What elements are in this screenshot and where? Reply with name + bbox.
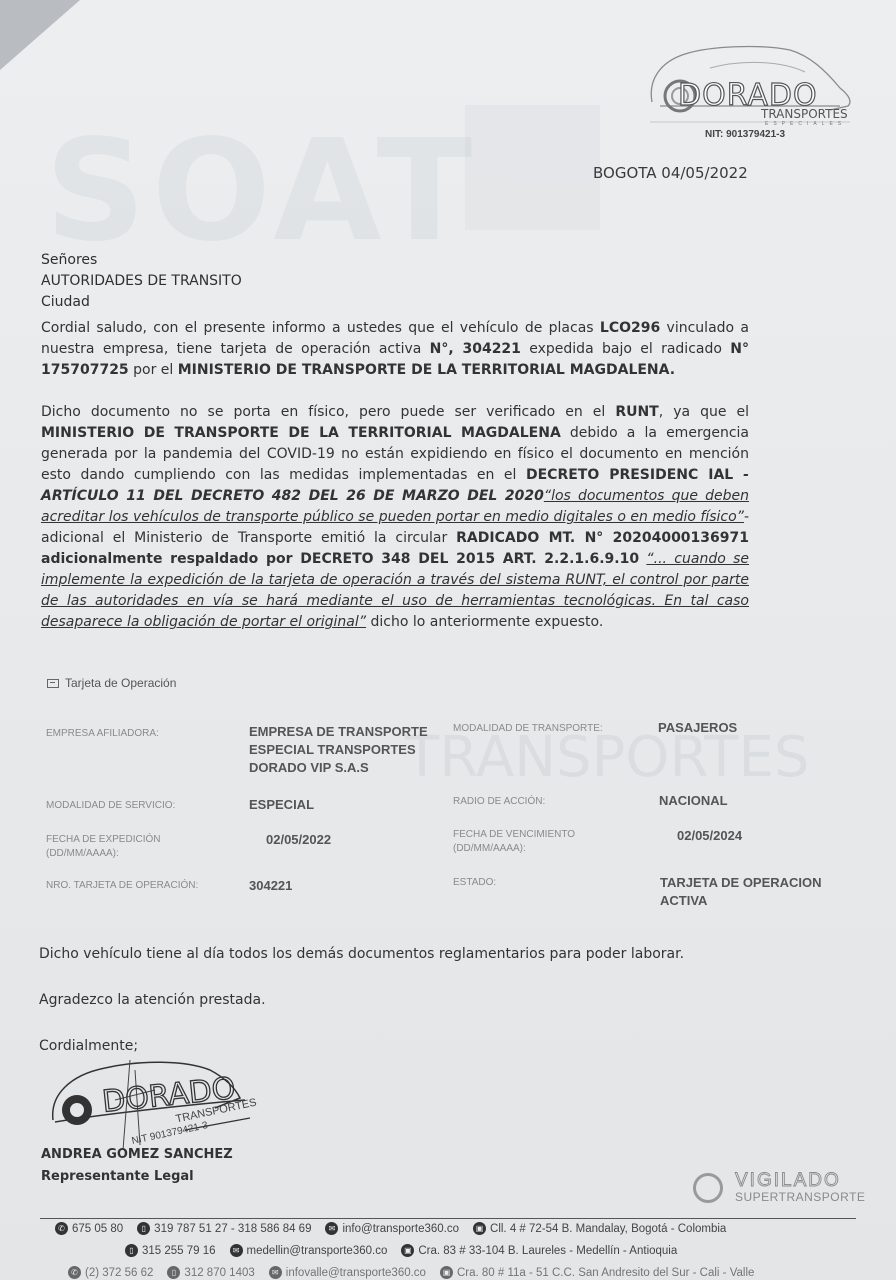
footer-contact-text: 312 870 1403	[184, 1267, 254, 1279]
text-run: , ya que el	[659, 404, 749, 420]
value-estado: TARJETA DE OPERACION ACTIVA	[660, 874, 822, 910]
signatory-name: ANDREA GOMEZ SANCHEZ	[41, 1147, 233, 1162]
value-line: DORADO VIP S.A.S	[249, 759, 428, 777]
emphasis-text: MINISTERIO DE TRANSPORTE DE LA TERRITORI…	[178, 362, 675, 378]
footer-contact-text: 675 05 80	[72, 1223, 123, 1235]
logo-subtitle: TRANSPORTES	[761, 107, 848, 121]
mobile-icon: ▯	[125, 1244, 138, 1257]
supertransporte-logo-icon	[693, 1173, 723, 1203]
label-fecha-vencimiento: FECHA DE VENCIMIENTO (DD/MM/AAAA):	[453, 828, 575, 856]
footer-contact-item: ✉medellin@transporte360.co	[230, 1244, 388, 1257]
value-line: ACTIVA	[660, 892, 822, 910]
company-nit: NIT: 901379421-3	[705, 129, 785, 140]
footer-contact-item: ✉info@transporte360.co	[325, 1222, 459, 1235]
value-line: TARJETA DE OPERACION	[660, 874, 822, 892]
footer-contact-text: 319 787 51 27 - 318 586 84 69	[154, 1223, 311, 1235]
email-icon: ✉	[269, 1266, 282, 1279]
emphasis-text: N°, 304221	[430, 341, 521, 357]
footer-contact-cali: ✆(2) 372 56 62▯312 870 1403✉infovalle@tr…	[68, 1266, 754, 1279]
footer-divider	[40, 1218, 856, 1219]
building-icon: ▣	[401, 1244, 414, 1257]
label-line: (DD/MM/AAAA):	[46, 847, 160, 861]
footer-contact-item: ▣Cra. 80 # 11a - 51 C.C. San Andresito d…	[440, 1266, 754, 1279]
footer-contact-item: ▯312 870 1403	[167, 1266, 254, 1279]
emphasis-text: DECRETO PRESIDENC IAL	[526, 467, 743, 483]
label-modalidad-servicio: MODALIDAD DE SERVICIO:	[46, 799, 175, 813]
value-modalidad-transporte: PASAJEROS	[658, 719, 737, 737]
value-radio-accion: NACIONAL	[659, 792, 728, 810]
label-radio-accion: RADIO DE ACCIÓN:	[453, 795, 545, 809]
letter-page: SOAT TRANSPORTES DORADO TRANSPORTES ESPE…	[0, 0, 896, 1280]
emphasis-text: LCO296	[600, 320, 660, 336]
page-fold-shadow	[0, 0, 80, 70]
footer-contact-item: ▣Cll. 4 # 72-54 B. Mandalay, Bogotá - Co…	[473, 1222, 726, 1235]
value-empresa: EMPRESA DE TRANSPORTE ESPECIAL TRANSPORT…	[249, 723, 428, 777]
footer-contact-item: ✆675 05 80	[55, 1222, 123, 1235]
email-icon: ✉	[230, 1244, 243, 1257]
value-line: ESPECIAL TRANSPORTES	[249, 741, 428, 759]
footer-contact-item: ▯319 787 51 27 - 318 586 84 69	[137, 1222, 311, 1235]
label-nro-tarjeta: NRO. TARJETA DE OPERACIÓN:	[46, 879, 198, 893]
footer-contact-bogota: ✆675 05 80▯319 787 51 27 - 318 586 84 69…	[55, 1222, 726, 1235]
footer-contact-text: infovalle@transporte360.co	[286, 1267, 426, 1279]
company-stamp: DORADO TRANSPORTES NIT 901379421-3	[45, 1050, 265, 1155]
footer-contact-item: ▯315 255 79 16	[125, 1244, 216, 1257]
footer-contact-text: (2) 372 56 62	[85, 1267, 153, 1279]
label-line: FECHA DE VENCIMIENTO	[453, 828, 575, 842]
footer-contact-item: ✆(2) 372 56 62	[68, 1266, 153, 1279]
footer-contact-item: ✉infovalle@transporte360.co	[269, 1266, 426, 1279]
recipient-address: Señores AUTORIDADES DE TRANSITO Ciudad	[41, 250, 242, 313]
mobile-icon: ▯	[167, 1266, 180, 1279]
vigilado-text: VIGILADO	[735, 1170, 841, 1192]
text-run: por el	[129, 362, 178, 378]
label-modalidad-transporte: MODALIDAD DE TRANSPORTE:	[453, 722, 603, 736]
footer-contact-text: Cra. 83 # 33-104 B. Laureles - Medellín …	[418, 1245, 677, 1257]
text-run: Cordial saludo, con el presente informo …	[41, 320, 600, 336]
phone-icon: ✆	[55, 1222, 68, 1235]
footer-contact-text: Cra. 80 # 11a - 51 C.C. San Andresito de…	[457, 1267, 754, 1279]
phone-icon: ✆	[68, 1266, 81, 1279]
card-icon	[47, 679, 59, 688]
recipient-name: AUTORIDADES DE TRANSITO	[41, 271, 242, 292]
supertransporte-text: SUPERTRANSPORTE	[735, 1190, 865, 1204]
value-nro-tarjeta: 304221	[249, 877, 292, 895]
logo-subtitle-small: ESPECIALES	[765, 121, 846, 127]
operation-card-title: Tarjeta de Operación	[65, 676, 176, 690]
value-line: EMPRESA DE TRANSPORTE	[249, 723, 428, 741]
label-line: FECHA DE EXPEDICIÓN	[46, 833, 160, 847]
footer-contact-text: medellin@transporte360.co	[247, 1245, 388, 1257]
footer-contact-text: info@transporte360.co	[342, 1223, 459, 1235]
salutation: Señores	[41, 250, 242, 271]
footer-contact-item: ▣Cra. 83 # 33-104 B. Laureles - Medellín…	[401, 1244, 677, 1257]
label-line: (DD/MM/AAAA):	[453, 842, 575, 856]
value-fecha-vencimiento: 02/05/2024	[677, 827, 742, 845]
text-run: dicho lo anteriormente expuesto.	[366, 614, 603, 630]
text-run: expedida bajo el radicado	[521, 341, 730, 357]
closing-thanks: Agradezco la atención prestada.	[39, 992, 266, 1008]
footer-contact-medellin: ▯315 255 79 16✉medellin@transporte360.co…	[125, 1244, 677, 1257]
bleed-through-watermark: SOAT	[45, 110, 478, 273]
bleed-through-qr	[465, 105, 600, 230]
building-icon: ▣	[440, 1266, 453, 1279]
vigilado-badge: VIGILADO SUPERTRANSPORTE	[693, 1170, 873, 1210]
text-run: Dicho documento no se porta en físico, p…	[41, 404, 615, 420]
paragraph-intro: Cordial saludo, con el presente informo …	[41, 318, 749, 381]
letter-date: BOGOTA 04/05/2022	[593, 164, 748, 182]
recipient-city: Ciudad	[41, 292, 242, 313]
footer-contact-text: 315 255 79 16	[142, 1245, 216, 1257]
emphasis-text: MINISTERIO DE TRANSPORTE DE LA TERRITORI…	[41, 425, 561, 441]
building-icon: ▣	[473, 1222, 486, 1235]
closing-documents-note: Dicho vehículo tiene al día todos los de…	[39, 946, 684, 962]
label-fecha-expedicion: FECHA DE EXPEDICIÓN (DD/MM/AAAA):	[46, 833, 160, 861]
email-icon: ✉	[325, 1222, 338, 1235]
label-empresa: EMPRESA AFILIADORA:	[46, 727, 159, 741]
footer-contact-text: Cll. 4 # 72-54 B. Mandalay, Bogotá - Col…	[490, 1223, 726, 1235]
mobile-icon: ▯	[137, 1222, 150, 1235]
paragraph-legal-basis: Dicho documento no se porta en físico, p…	[41, 402, 749, 633]
company-logo: DORADO TRANSPORTES ESPECIALES NIT: 90137…	[640, 40, 860, 150]
emphasis-text: RUNT	[615, 404, 658, 420]
value-modalidad-servicio: ESPECIAL	[249, 796, 314, 814]
value-fecha-expedicion: 02/05/2022	[266, 831, 331, 849]
operation-card-heading: Tarjeta de Operación	[47, 676, 176, 690]
label-estado: ESTADO:	[453, 876, 496, 890]
signatory-role: Representante Legal	[41, 1169, 194, 1184]
